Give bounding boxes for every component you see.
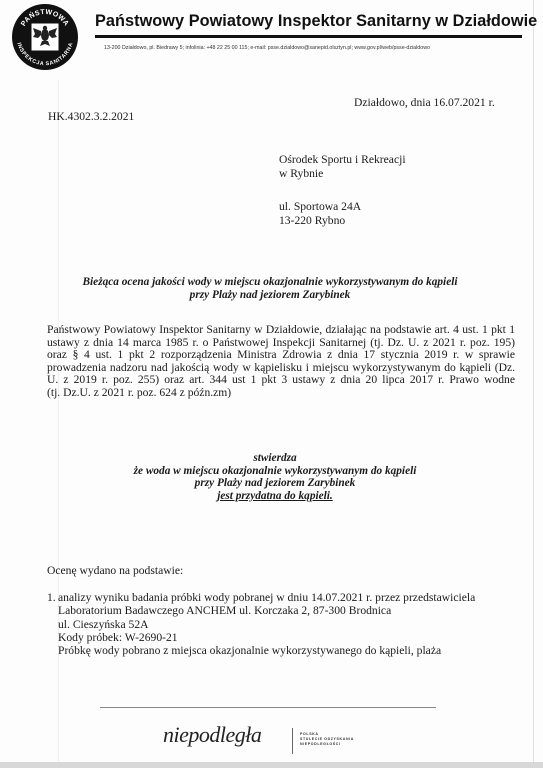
paragraph-line: oraz § 4 ust. 1 pkt 2 rozporządzenia Min… — [47, 349, 515, 362]
institution-contact: 13-200 Działdowo, pl. Biedrawy 5; infoli… — [104, 45, 430, 51]
subject-line: Bieżąca ocena jakości wody w miejscu oka… — [60, 276, 480, 289]
list-item-line: Kody próbek: W-2690-21 — [58, 631, 475, 644]
list-item-line: analizy wyniku badania próbki wody pobra… — [58, 591, 475, 604]
recipient-address: ul. Sportowa 24A 13-220 Rybno — [279, 200, 361, 228]
list-item-line: Próbkę wody pobrano z miejsca okazjonaln… — [58, 644, 475, 657]
paragraph-line: Państwowy Powiatowy Inspektor Sanitarny … — [47, 324, 515, 337]
page-edge-right — [533, 0, 534, 762]
list-item-line: Laboratorium Badawczego ANCHEM ul. Korcz… — [58, 604, 475, 617]
basis-intro: Ocenę wydano na podstawie: — [47, 564, 183, 577]
page-edge-left — [58, 80, 59, 762]
page-bottom-edge — [0, 762, 543, 768]
institution-title: Państwowy Powiatowy Inspektor Sanitarny … — [95, 12, 537, 31]
eagle-emblem-icon: PAŃSTWOWA INSPEKCJA SANITARNA — [12, 4, 78, 70]
declaration-line: przy Plaży nad jeziorem Zarybinek — [100, 477, 450, 490]
list-item-line: ul. Cieszyńska 52A — [58, 618, 475, 631]
list-item: analizy wyniku badania próbki wody pobra… — [58, 591, 475, 657]
header-divider — [95, 35, 522, 38]
list-item-number: 1. — [47, 591, 56, 604]
document-page: PAŃSTWOWA INSPEKCJA SANITARNA Państwowy … — [0, 0, 543, 768]
declaration-line: że woda w miejscu okazjonalnie wykorzyst… — [100, 465, 450, 478]
niepodlegla-logo: niepodległa — [163, 722, 261, 748]
recipient-name-line: w Rybnie — [279, 167, 406, 181]
recipient-address-line: ul. Sportowa 24A — [279, 200, 361, 214]
legal-basis-paragraph: Państwowy Powiatowy Inspektor Sanitarny … — [47, 324, 515, 400]
paragraph-line: (tj. Dz.U. z 2021 r. poz. 624 z późn.zm) — [47, 387, 515, 400]
reference-number: HK.4302.3.2.2021 — [48, 110, 134, 123]
subject-line: przy Plaży nad jeziorem Zarybinek — [60, 289, 480, 302]
place-date: Działdowo, dnia 16.07.2021 r. — [354, 96, 495, 109]
declaration-verdict: jest przydatna do kąpieli. — [217, 490, 332, 502]
footer-logo-caption: POLSKA STULECIE ODZYSKANIA NIEPODLEGŁOŚC… — [300, 732, 354, 747]
declaration-block: stwierdza że woda w miejscu okazjonalnie… — [100, 452, 450, 502]
recipient-address-line: 13-220 Rybno — [279, 214, 361, 228]
footer-divider — [100, 707, 436, 708]
recipient-name-line: Ośrodek Sportu i Rekreacji — [279, 153, 406, 167]
caption-line: NIEPODLEGŁOŚCI — [300, 742, 354, 747]
recipient-name: Ośrodek Sportu i Rekreacji w Rybnie — [279, 153, 406, 181]
footer-logo-separator — [292, 728, 293, 754]
letter-subject: Bieżąca ocena jakości wody w miejscu oka… — [60, 276, 480, 302]
declaration-verb: stwierdza — [100, 452, 450, 465]
